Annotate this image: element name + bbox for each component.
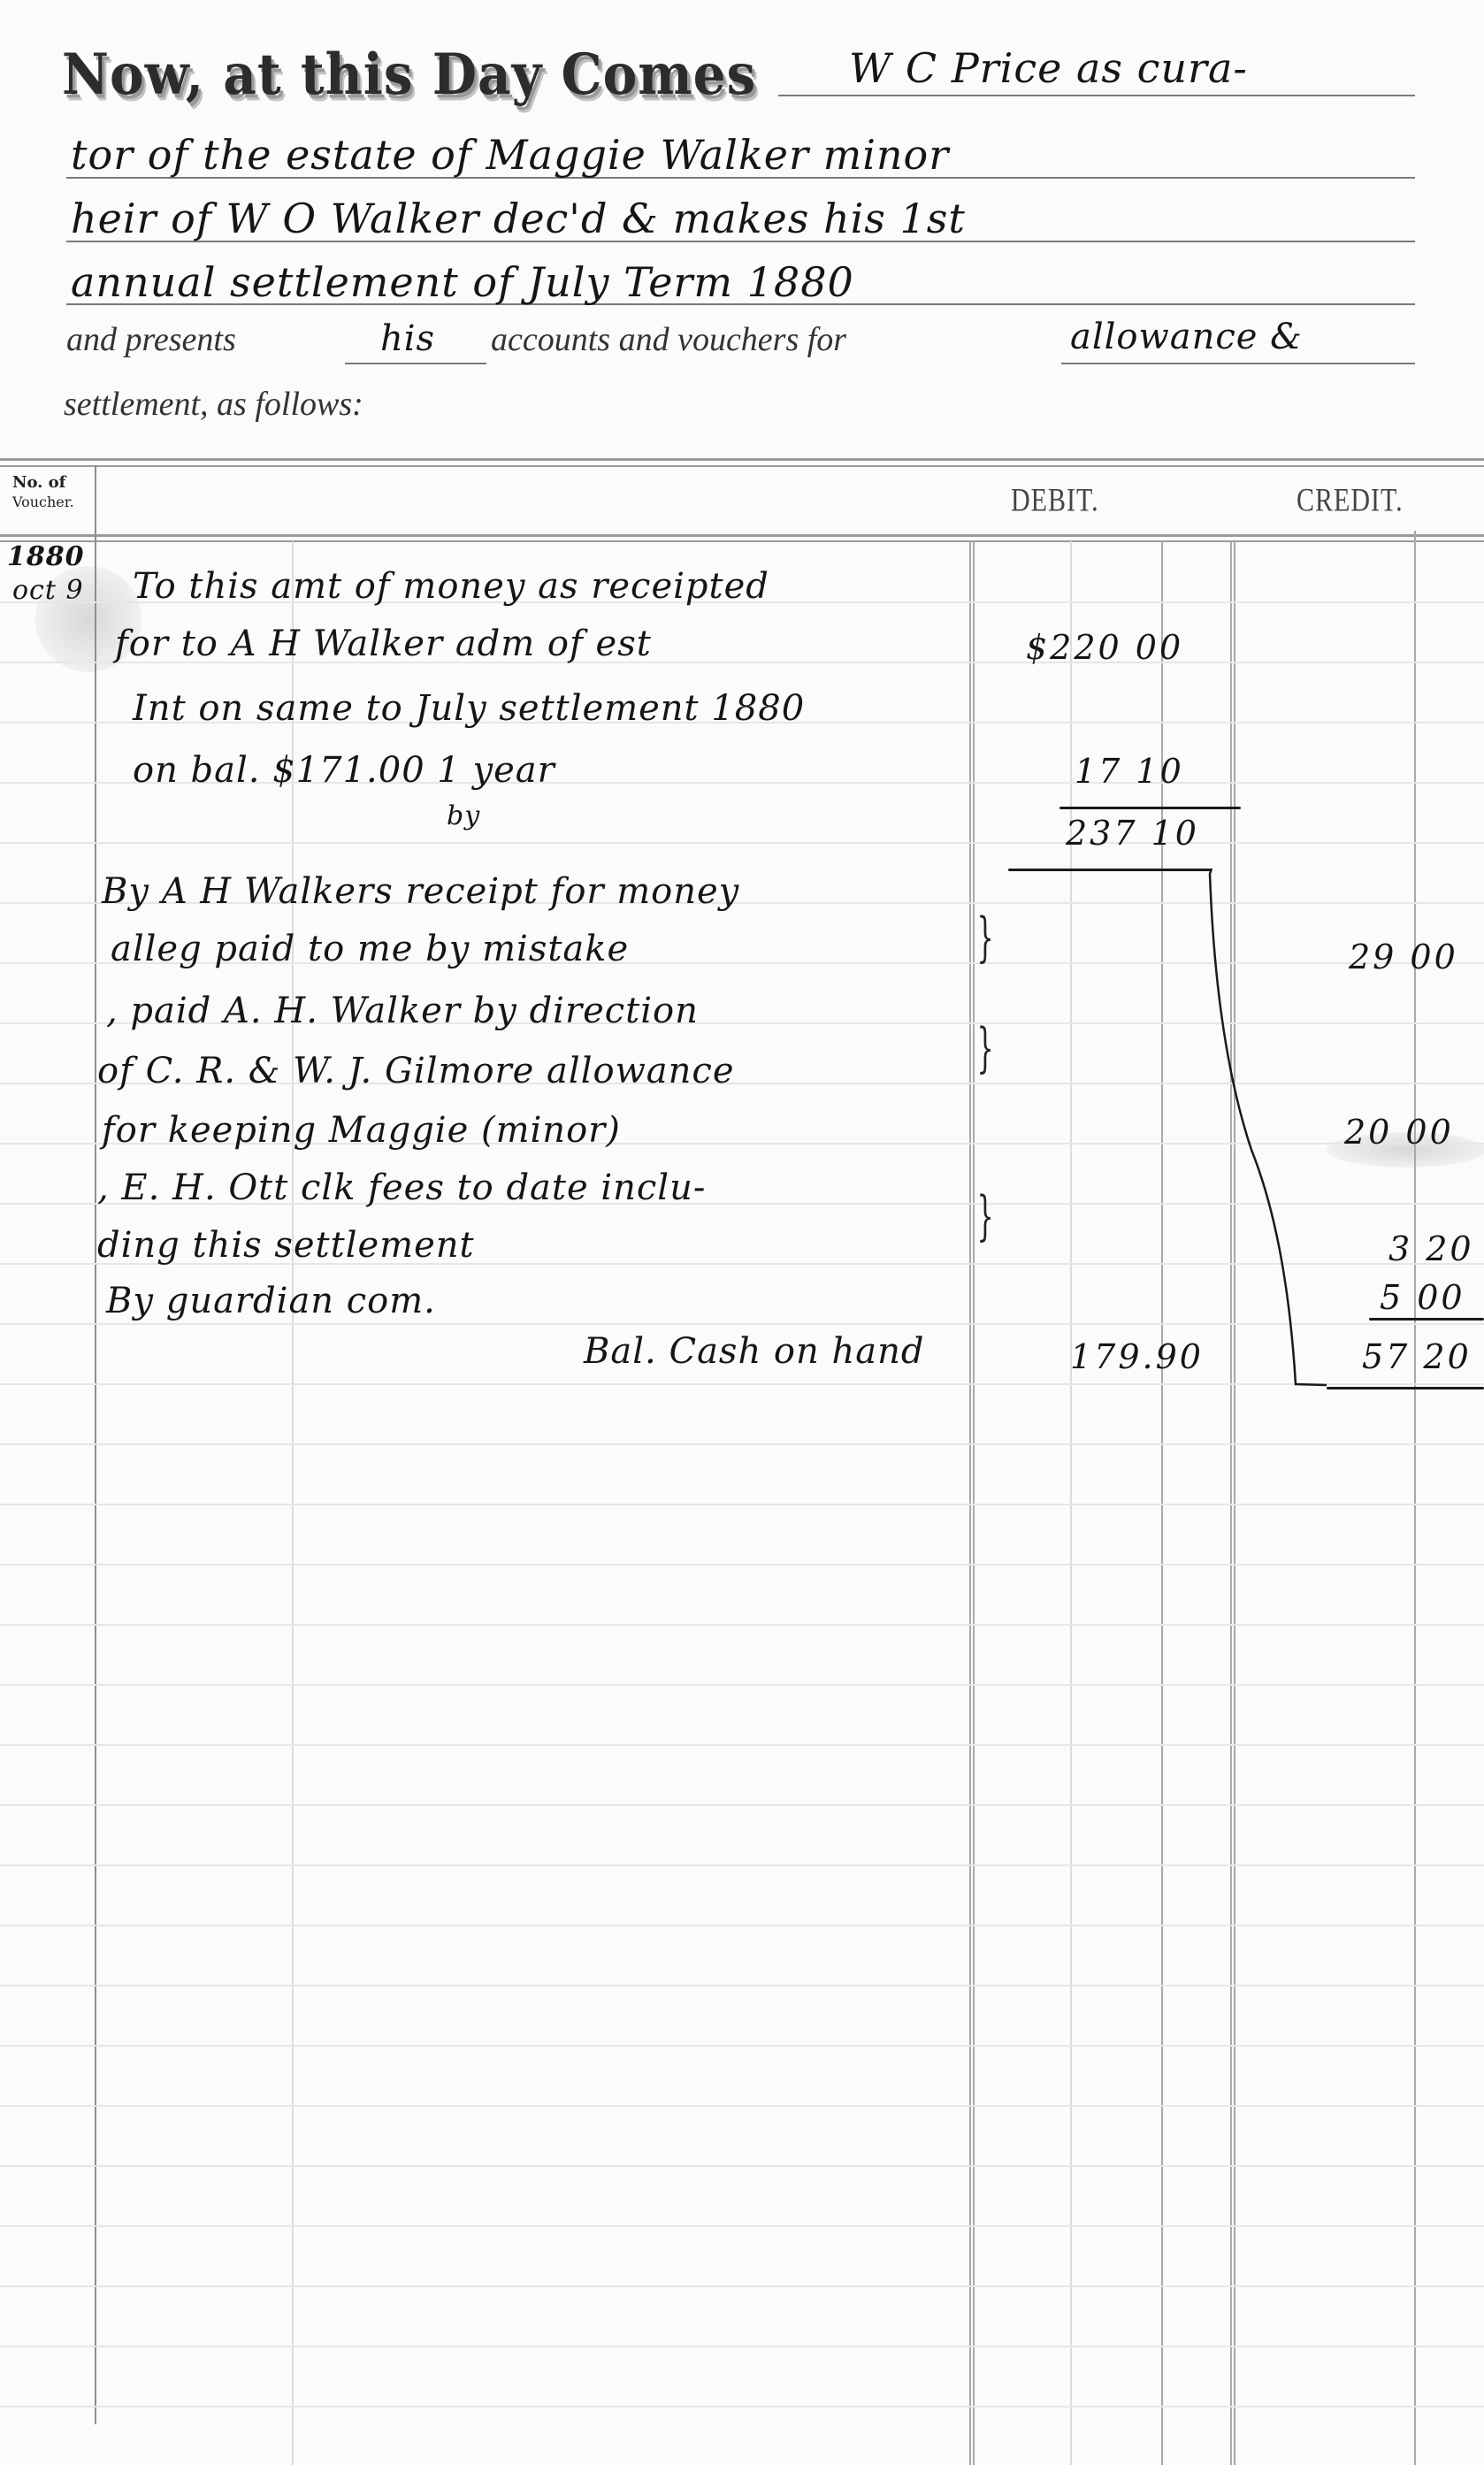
credit-total-line	[1327, 1387, 1484, 1389]
ruled-line	[0, 1744, 1484, 1746]
handwritten-heir-line: heir of W O Walker dec'd & makes his 1st	[71, 195, 966, 242]
voucher-label: Voucher.	[12, 493, 74, 512]
credit-amount-4: 5 00	[1380, 1278, 1465, 1317]
handwritten-settlement-line: annual settlement of July Term 1880	[71, 258, 854, 306]
settlement-form-page: Now, at this Day Comes W C Price as cura…	[0, 0, 1484, 2465]
debit-subtotal-line	[1059, 807, 1241, 809]
entry-line-13: By guardian com.	[106, 1281, 436, 1321]
debit-subtotal: 237 10	[1066, 814, 1199, 853]
voucher-column-header: No. of Voucher.	[12, 473, 74, 512]
ruled-line	[0, 842, 1484, 844]
fill-line	[778, 95, 1415, 96]
connector-line-icon	[1203, 867, 1344, 1397]
debit-total-line	[1008, 869, 1212, 871]
handwritten-allowance: allowance &	[1070, 317, 1303, 357]
entry-line-1: To this amt of money as receipted	[133, 566, 769, 607]
handwritten-estate-line: tor of the estate of Maggie Walker minor	[71, 131, 949, 179]
handwritten-his: his	[380, 318, 435, 359]
credit-amount-2: 20 00	[1344, 1113, 1454, 1152]
ruled-line	[0, 2406, 1484, 2408]
entry-line-9: of C. R. & W. J. Gilmore allowance	[97, 1051, 734, 1091]
fill-line	[345, 363, 486, 364]
bracket-icon: }	[977, 1185, 994, 1247]
ruled-line	[0, 2045, 1484, 2047]
entry-line-8: , paid A. H. Walker by direction	[106, 991, 699, 1031]
credit-amount-1: 29 00	[1349, 938, 1458, 976]
fill-line	[1061, 363, 1415, 364]
ruled-line	[0, 2105, 1484, 2107]
header-rule-bottom-2	[0, 540, 1484, 542]
voucher-no-label: No. of	[12, 473, 74, 493]
debit-amount-1: $220 00	[1026, 628, 1183, 667]
ruled-line	[0, 2346, 1484, 2347]
entry-date-year: 1880	[7, 541, 85, 572]
bracket-icon: }	[977, 1017, 994, 1079]
ruled-line	[0, 1443, 1484, 1445]
entry-line-10: for keeping Maggie (minor)	[102, 1110, 621, 1151]
header-rule-top	[0, 458, 1484, 461]
ruled-line	[0, 1624, 1484, 1626]
ruled-line	[0, 1985, 1484, 1987]
ruled-line	[0, 2225, 1484, 2227]
credit-cents-line	[1414, 531, 1416, 2465]
credit-column-header: CREDIT.	[1297, 482, 1404, 520]
entry-line-5: by	[447, 800, 480, 831]
ruled-line	[0, 1564, 1484, 1566]
entry-line-2: for to A H Walker adm of est	[115, 624, 652, 664]
ruled-line	[0, 1925, 1484, 1926]
balance-label: Bal. Cash on hand	[584, 1331, 924, 1372]
form-heading: Now, at this Day Comes	[62, 46, 756, 103]
bracket-icon: }	[977, 907, 994, 968]
handwritten-curator-name: W C Price as cura-	[849, 44, 1248, 92]
header-rule-top-2	[0, 465, 1484, 467]
credit-amount-3: 3 20	[1388, 1229, 1474, 1268]
entry-date-day: oct 9	[12, 575, 84, 606]
credit-subtotal-line	[1369, 1318, 1484, 1321]
debit-amount-2: 17 10	[1075, 752, 1184, 791]
credit-total: 57 20	[1362, 1337, 1472, 1376]
entry-line-6: By A H Walkers receipt for money	[102, 871, 739, 912]
entry-line-3: Int on same to July settlement 1880	[133, 688, 805, 729]
ruled-line	[0, 1804, 1484, 1806]
ruled-line	[0, 1864, 1484, 1866]
printed-accounts-vouchers: accounts and vouchers for	[491, 320, 846, 359]
entry-line-7: alleg paid to me by mistake	[111, 929, 629, 969]
balance-debit: 179.90	[1070, 1337, 1204, 1376]
printed-settlement-as-follows: settlement, as follows:	[64, 385, 363, 424]
entry-line-11: , E. H. Ott clk fees to date inclu-	[97, 1167, 706, 1208]
ruled-line	[0, 2165, 1484, 2167]
debit-column-header: DEBIT.	[1011, 482, 1099, 520]
ruled-line	[0, 2285, 1484, 2287]
ruled-line	[0, 1504, 1484, 1505]
printed-and-presents: and presents	[66, 320, 236, 359]
entry-line-12: ding this settlement	[97, 1225, 475, 1266]
ruled-line	[0, 1684, 1484, 1686]
header-rule-bottom	[0, 534, 1484, 537]
entry-line-4: on bal. $171.00 1 year	[133, 750, 555, 791]
